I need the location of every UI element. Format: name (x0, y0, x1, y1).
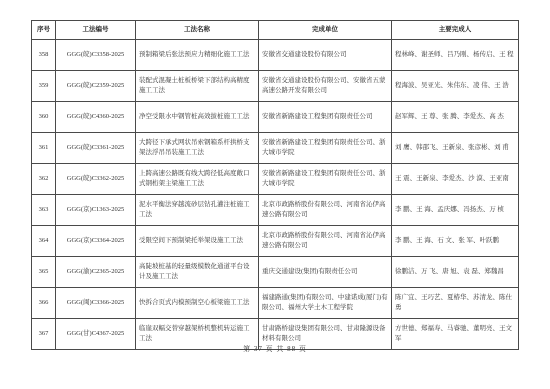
table-row: 363 GGG(京)C1363-2025 泥水平衡法穿越流砂层钻孔灌注桩施工工法… (32, 195, 519, 226)
table-row: 361 GGG(皖)C3361-2025 大跨径下承式网状吊索钢箱系杆拱桥支架法… (32, 133, 519, 164)
cell-method-name: 高陡坡桩基的轻量级模数化通道平台设计及施工工法 (136, 257, 259, 288)
cell-method-code: GGG(皖)C3362-2025 (56, 164, 136, 195)
cell-serial-number: 362 (32, 164, 56, 195)
cell-method-name: 泥水平衡法穿越流砂层钻孔灌注桩施工工法 (136, 195, 259, 226)
cell-method-name: 装配式混凝土桩板桥梁下部结构高精度施工工法 (136, 71, 259, 102)
cell-completing-unit: 福建路通(集团)有限公司、中建诺成(厦门)有限公司、福州大学土木工程学院 (259, 288, 392, 319)
cell-method-code: GGG(皖)C2359-2025 (56, 71, 136, 102)
cell-main-contributors: 陈广宜、王巧艺、夏椿华、苏清龙、陈仕勇 (392, 288, 519, 319)
table-row: 358 GGG(皖)C3358-2025 预制箱梁后张法预应力精细化施工工法 安… (32, 40, 519, 71)
header-method-code: 工法编号 (56, 21, 136, 40)
cell-completing-unit: 安徽省交通建设股份有限公司 (259, 40, 392, 71)
table-row: 360 GGG(皖)C4360-2025 净空受限水中钢管桩高效拔桩施工工法 安… (32, 102, 519, 133)
cell-completing-unit: 重庆交通建设(集团)有限责任公司 (259, 257, 392, 288)
cell-main-contributors: 徐鹏洁、万 飞、唐 旭、袁 磊、郑魏昌 (392, 257, 519, 288)
document-page: 序号 工法编号 工法名称 完成单位 主要完成人 358 GGG(皖)C3358-… (0, 0, 550, 389)
cell-method-code: GGG(皖)C3361-2025 (56, 133, 136, 164)
table-header-row: 序号 工法编号 工法名称 完成单位 主要完成人 (32, 21, 519, 40)
cell-method-code: GGG(京)C3364-2025 (56, 226, 136, 257)
table-body: 358 GGG(皖)C3358-2025 预制箱梁后张法预应力精细化施工工法 安… (32, 40, 519, 350)
cell-completing-unit: 安徽省新路建设工程集团有限责任公司、浙大城市学院 (259, 133, 392, 164)
header-method-name: 工法名称 (136, 21, 259, 40)
cell-method-code: GGG(闽)C3366-2025 (56, 288, 136, 319)
table-row: 362 GGG(皖)C3362-2025 上跨高速公路既有线大跨径低高度敞口式钢… (32, 164, 519, 195)
table-row: 364 GGG(京)C3364-2025 受限空间下预制梁托举架设施工工法 北京… (32, 226, 519, 257)
page-number-footer: 第 37 页 共 88 页 (0, 344, 550, 354)
cell-serial-number: 359 (32, 71, 56, 102)
cell-method-name: 净空受限水中钢管桩高效拔桩施工工法 (136, 102, 259, 133)
cell-main-contributors: 刘 鹰、韩邵飞、王新泉、张彦彬、刘 甫 (392, 133, 519, 164)
cell-method-name: 受限空间下预制梁托举架设施工工法 (136, 226, 259, 257)
cell-main-contributors: 赵军辉、王 尊、张 腾、李爱杰、高 杰 (392, 102, 519, 133)
cell-completing-unit: 北京市政路桥股份有限公司、河南省沁伊高速公路有限公司 (259, 195, 392, 226)
cell-method-code: GGG(皖)C4360-2025 (56, 102, 136, 133)
cell-serial-number: 358 (32, 40, 56, 71)
cell-serial-number: 361 (32, 133, 56, 164)
cell-main-contributors: 程海波、吴亚光、朱伟东、凌 伟、王 浩 (392, 71, 519, 102)
cell-method-name: 预制箱梁后张法预应力精细化施工工法 (136, 40, 259, 71)
construction-method-table: 序号 工法编号 工法名称 完成单位 主要完成人 358 GGG(皖)C3358-… (31, 20, 519, 350)
cell-serial-number: 366 (32, 288, 56, 319)
cell-method-name: 上跨高速公路既有线大跨径低高度敞口式钢桁架主梁施工工法 (136, 164, 259, 195)
cell-method-code: GGG(京)C1363-2025 (56, 195, 136, 226)
cell-completing-unit: 安徽省新路建设工程集团有限责任公司 (259, 102, 392, 133)
cell-method-code: GGG(皖)C3358-2025 (56, 40, 136, 71)
cell-serial-number: 360 (32, 102, 56, 133)
cell-method-name: 快拆合页式内模预制空心板梁施工工法 (136, 288, 259, 319)
table-row: 366 GGG(闽)C3366-2025 快拆合页式内模预制空心板梁施工工法 福… (32, 288, 519, 319)
cell-main-contributors: 程林峰、谢圣师、吕乃刚、杨传启、王 程 (392, 40, 519, 71)
cell-serial-number: 365 (32, 257, 56, 288)
cell-main-contributors: 李 鹏、王 海、石 文、张 军、叶跃鹏 (392, 226, 519, 257)
header-main-contributors: 主要完成人 (392, 21, 519, 40)
cell-completing-unit: 北京市政路桥股份有限公司、河南省沁伊高速公路有限公司 (259, 226, 392, 257)
header-serial-number: 序号 (32, 21, 56, 40)
table-row: 365 GGG(渝)C2365-2025 高陡坡桩基的轻量级模数化通道平台设计及… (32, 257, 519, 288)
table-row: 359 GGG(皖)C2359-2025 装配式混凝土桩板桥梁下部结构高精度施工… (32, 71, 519, 102)
cell-completing-unit: 安徽省新路建设工程集团有限责任公司、浙大城市学院 (259, 164, 392, 195)
cell-method-code: GGG(渝)C2365-2025 (56, 257, 136, 288)
cell-completing-unit: 安徽省交通建设股份有限公司、安徽省五蒙高速公路开发有限公司 (259, 71, 392, 102)
table-header: 序号 工法编号 工法名称 完成单位 主要完成人 (32, 21, 519, 40)
cell-main-contributors: 王 震、王新泉、李爱杰、沙 漠、王亚南 (392, 164, 519, 195)
cell-serial-number: 364 (32, 226, 56, 257)
cell-main-contributors: 李 鹏、王 海、孟庆娜、冯扬杰、万 桢 (392, 195, 519, 226)
cell-method-name: 大跨径下承式网状吊索钢箱系杆拱桥支架法浮吊吊装施工工法 (136, 133, 259, 164)
header-completing-unit: 完成单位 (259, 21, 392, 40)
cell-serial-number: 363 (32, 195, 56, 226)
